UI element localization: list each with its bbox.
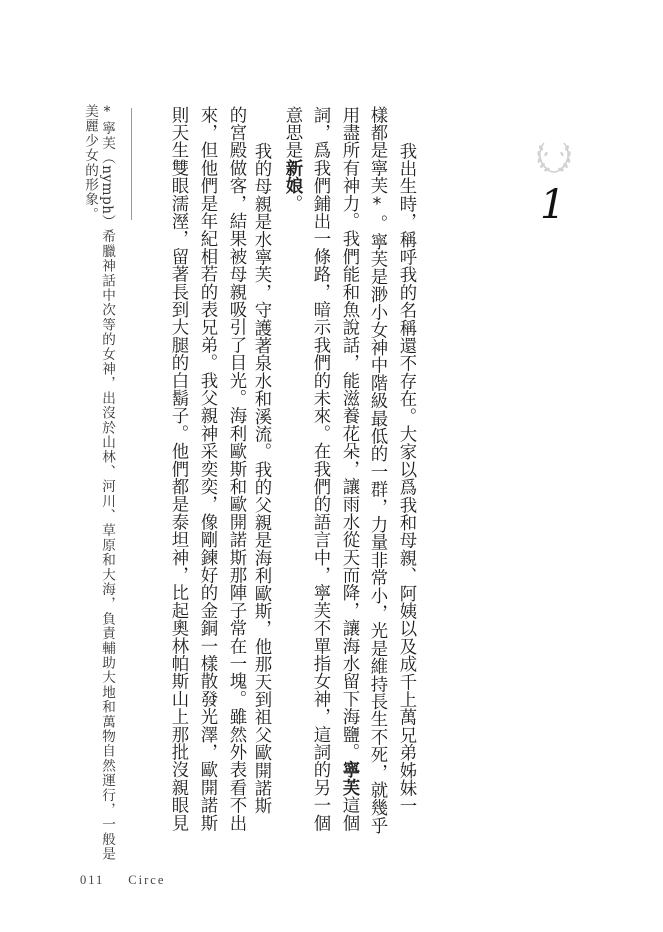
footnote-line-2: 美麗少女的形象。 bbox=[82, 104, 97, 222]
body-text: 用盡所有神力。我們能和魚說話，能滋養花朵，讓雨水從天而降，讓海水留下海鹽。 bbox=[339, 106, 359, 761]
body-column-5: 意思是新娘。 bbox=[282, 106, 302, 212]
body-text: 意思是 bbox=[282, 106, 302, 159]
body-column-2: 樣都是寧芙*。寧芙是渺小女神中階級最低的一群，力量非常小，光是維持長生不死，就幾… bbox=[367, 106, 387, 834]
body-text: 。 bbox=[282, 195, 302, 213]
body-column-3: 用盡所有神力。我們能和魚說話，能滋養花朵，讓雨水從天而降，讓海水留下海鹽。寧芙這… bbox=[339, 106, 359, 832]
book-page: 1 我出生時，稱呼我的名稱還不存在。大家以爲我和母親、阿姨以及成千上萬兄弟姊妹一… bbox=[0, 0, 663, 932]
laurel-wreath-icon bbox=[534, 140, 574, 176]
body-column-4: 詞，爲我們鋪出一條路，暗示我們的未來。在我們的語言中，寧芙不單指女神，這詞的另一… bbox=[310, 106, 330, 832]
footnote-line-1: *寧芙（nymph）希臘神話中次等的女神，出沒於山林、河川、草原和大海，負責輔助… bbox=[99, 104, 114, 861]
page-number: 011 bbox=[80, 873, 104, 888]
page-footer: 011Circe bbox=[80, 873, 165, 888]
body-column-7: 的宮殿做客，結果被母親吸引了目光。海利歐斯和歐開諾斯那陣子常在一塊。雖然外表看不… bbox=[226, 106, 246, 832]
footnote-text: *寧芙（ bbox=[99, 104, 115, 165]
body-column-1: 我出生時，稱呼我的名稱還不存在。大家以爲我和母親、阿姨以及成千上萬兄弟姊妹一 bbox=[396, 142, 416, 815]
footnote-latin-term: nymph bbox=[99, 165, 115, 214]
chapter-number: 1 bbox=[540, 185, 565, 225]
footnote-divider bbox=[131, 108, 132, 220]
footnote-text: ）希臘神話中次等的女神，出沒於山林、河川、草原和大海，負責輔助大地和萬物自然運行… bbox=[99, 215, 115, 862]
body-text: 這個 bbox=[339, 796, 359, 831]
emphasis-bride: 新娘 bbox=[282, 159, 302, 194]
running-title: Circe bbox=[128, 873, 165, 888]
body-column-9: 則天生雙眼濡溼，留著長到大腿的白鬍子。他們都是泰坦神，比起奧林帕斯山上那批沒親眼… bbox=[168, 106, 188, 832]
body-column-8: 來，但他們是年紀相若的表兄弟。我父親神采奕奕，像剛鍊好的金銅一樣散發光澤，歐開諾… bbox=[197, 106, 217, 832]
emphasis-nymph: 寧芙 bbox=[339, 761, 359, 796]
body-column-6: 我的母親是水寧芙，守護著泉水和溪流。我的父親是海利歐斯，他那天到祖父歐開諾斯 bbox=[251, 142, 271, 815]
